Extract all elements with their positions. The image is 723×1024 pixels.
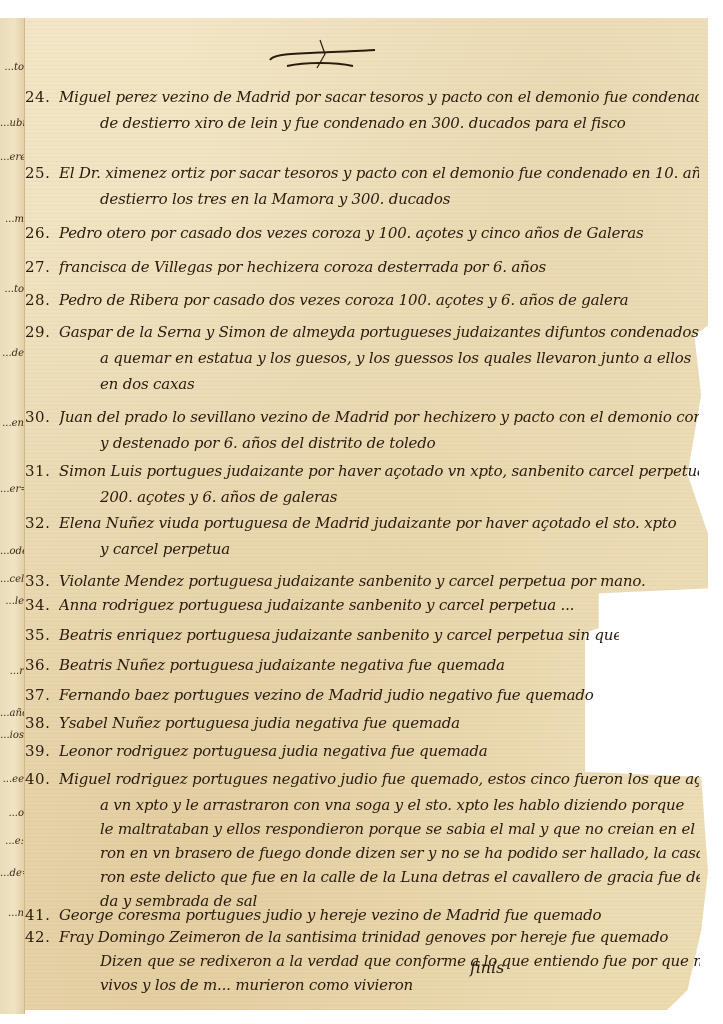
entry-number: 42. xyxy=(25,930,57,945)
entry-text: a vn xpto y le arrastraron con vna soga … xyxy=(100,798,684,813)
entry-text: Leonor rodriguez portuguesa judia negati… xyxy=(59,744,488,759)
entry-text: ron este delicto que fue en la calle de … xyxy=(100,870,700,885)
entry-number: 29. xyxy=(25,325,57,340)
margin-fragment: ...de= xyxy=(0,868,24,879)
margin-fragment: ...en xyxy=(0,418,24,429)
entry-text: El Dr. ximenez ortiz por sacar tesoros y… xyxy=(59,166,699,181)
entry-text: le maltrataban y ellos respondieron porq… xyxy=(100,822,700,837)
margin-fragment: ...cel xyxy=(0,574,24,585)
entry-text: Ysabel Nuñez portuguesa judia negativa f… xyxy=(59,716,460,731)
margin-fragment: ...ere xyxy=(0,152,24,163)
adjacent-page-edge: ...to ...ubre ...ere ...m ...to ...de ..… xyxy=(0,18,25,1014)
margin-fragment: ...er= xyxy=(0,484,24,495)
entry-number: 35. xyxy=(25,628,57,643)
entry-text: Gaspar de la Serna y Simon de almeyda po… xyxy=(59,325,699,340)
entry-text: y destenado por 6. años del distrito de … xyxy=(100,436,435,451)
entry-text: en dos caxas xyxy=(100,377,194,392)
entry-text: francisca de Villegas por hechizera coro… xyxy=(59,260,546,275)
margin-fragment: ...n xyxy=(0,908,24,919)
margin-fragment: ...ubre xyxy=(0,118,24,129)
entry-text: George coresma portugues judio y hereje … xyxy=(59,908,601,923)
entry-number: 38. xyxy=(25,716,57,731)
entry-text: Miguel rodriguez portugues negativo judi… xyxy=(59,772,699,787)
entry-text: y carcel perpetua xyxy=(100,542,230,557)
entry-number: 32. xyxy=(25,516,57,531)
entry-text: vivos y los de m... murieron como vivier… xyxy=(100,978,413,993)
entry-number: 27. xyxy=(25,260,57,275)
closing-finis: finis xyxy=(470,958,504,977)
entry-number: 40. xyxy=(25,772,57,787)
margin-fragment: ...le xyxy=(0,596,24,607)
entry-number: 34. xyxy=(25,598,57,613)
entry-text: Fernando baez portugues vezino de Madrid… xyxy=(59,688,594,703)
entry-text: Anna rodriguez portuguesa judaizante san… xyxy=(59,598,574,613)
entry-number: 28. xyxy=(25,293,57,308)
margin-fragment: ...de xyxy=(0,348,24,359)
margin-fragment: ...ode xyxy=(0,546,24,557)
margin-fragment: ...r xyxy=(0,666,24,677)
margin-fragment: ...m xyxy=(0,214,24,225)
entry-text: Elena Nuñez viuda portuguesa de Madrid j… xyxy=(59,516,676,531)
entry-text: Juan del prado lo sevillano vezino de Ma… xyxy=(59,410,699,425)
entry-text: Beatris enriquez portuguesa judaizante s… xyxy=(59,628,619,643)
margin-fragment: ...años xyxy=(0,708,24,719)
entry-number: 36. xyxy=(25,658,57,673)
margin-fragment: ...ios xyxy=(0,730,24,741)
entry-text: da y sembrada de sal xyxy=(100,894,257,909)
margin-fragment: ...e: xyxy=(0,836,24,847)
margin-fragment: ...ee xyxy=(0,774,24,785)
entry-number: 37. xyxy=(25,688,57,703)
margin-fragment: ...to xyxy=(0,62,24,73)
entry-number: 31. xyxy=(25,464,57,479)
entry-text: Beatris Nuñez portuguesa judaizante nega… xyxy=(59,658,505,673)
entry-number: 30. xyxy=(25,410,57,425)
decorative-flourish xyxy=(265,32,385,72)
entry-text: Pedro otero por casado dos vezes coroza … xyxy=(59,226,643,241)
entry-number: 33. xyxy=(25,574,57,589)
entry-text: 200. açotes y 6. años de galeras xyxy=(100,490,337,505)
margin-fragment: ...o xyxy=(0,808,24,819)
entry-text: ron en vn brasero de fuego donde dizen s… xyxy=(100,846,700,861)
entry-number: 25. xyxy=(25,166,57,181)
entry-text: Simon Luis portugues judaizante por have… xyxy=(59,464,699,479)
entry-text: Pedro de Ribera por casado dos vezes cor… xyxy=(59,293,628,308)
entry-text: Miguel perez vezino de Madrid por sacar … xyxy=(59,90,699,105)
entry-text: Violante Mendez portuguesa judaizante sa… xyxy=(59,574,646,589)
margin-fragment: ...to xyxy=(0,284,24,295)
entry-number: 26. xyxy=(25,226,57,241)
entry-number: 39. xyxy=(25,744,57,759)
entry-text: de destierro xiro de lein y fue condenad… xyxy=(100,116,626,131)
entry-text: Fray Domingo Zeimeron de la santisima tr… xyxy=(59,930,668,945)
entry-text: Dizen que se redixeron a la verdad que c… xyxy=(100,954,700,969)
entry-text: a quemar en estatua y los guesos, y los … xyxy=(100,351,691,366)
entry-text: destierro los tres en la Mamora y 300. d… xyxy=(100,192,450,207)
entry-number: 41. xyxy=(25,908,57,923)
entry-number: 24. xyxy=(25,90,57,105)
